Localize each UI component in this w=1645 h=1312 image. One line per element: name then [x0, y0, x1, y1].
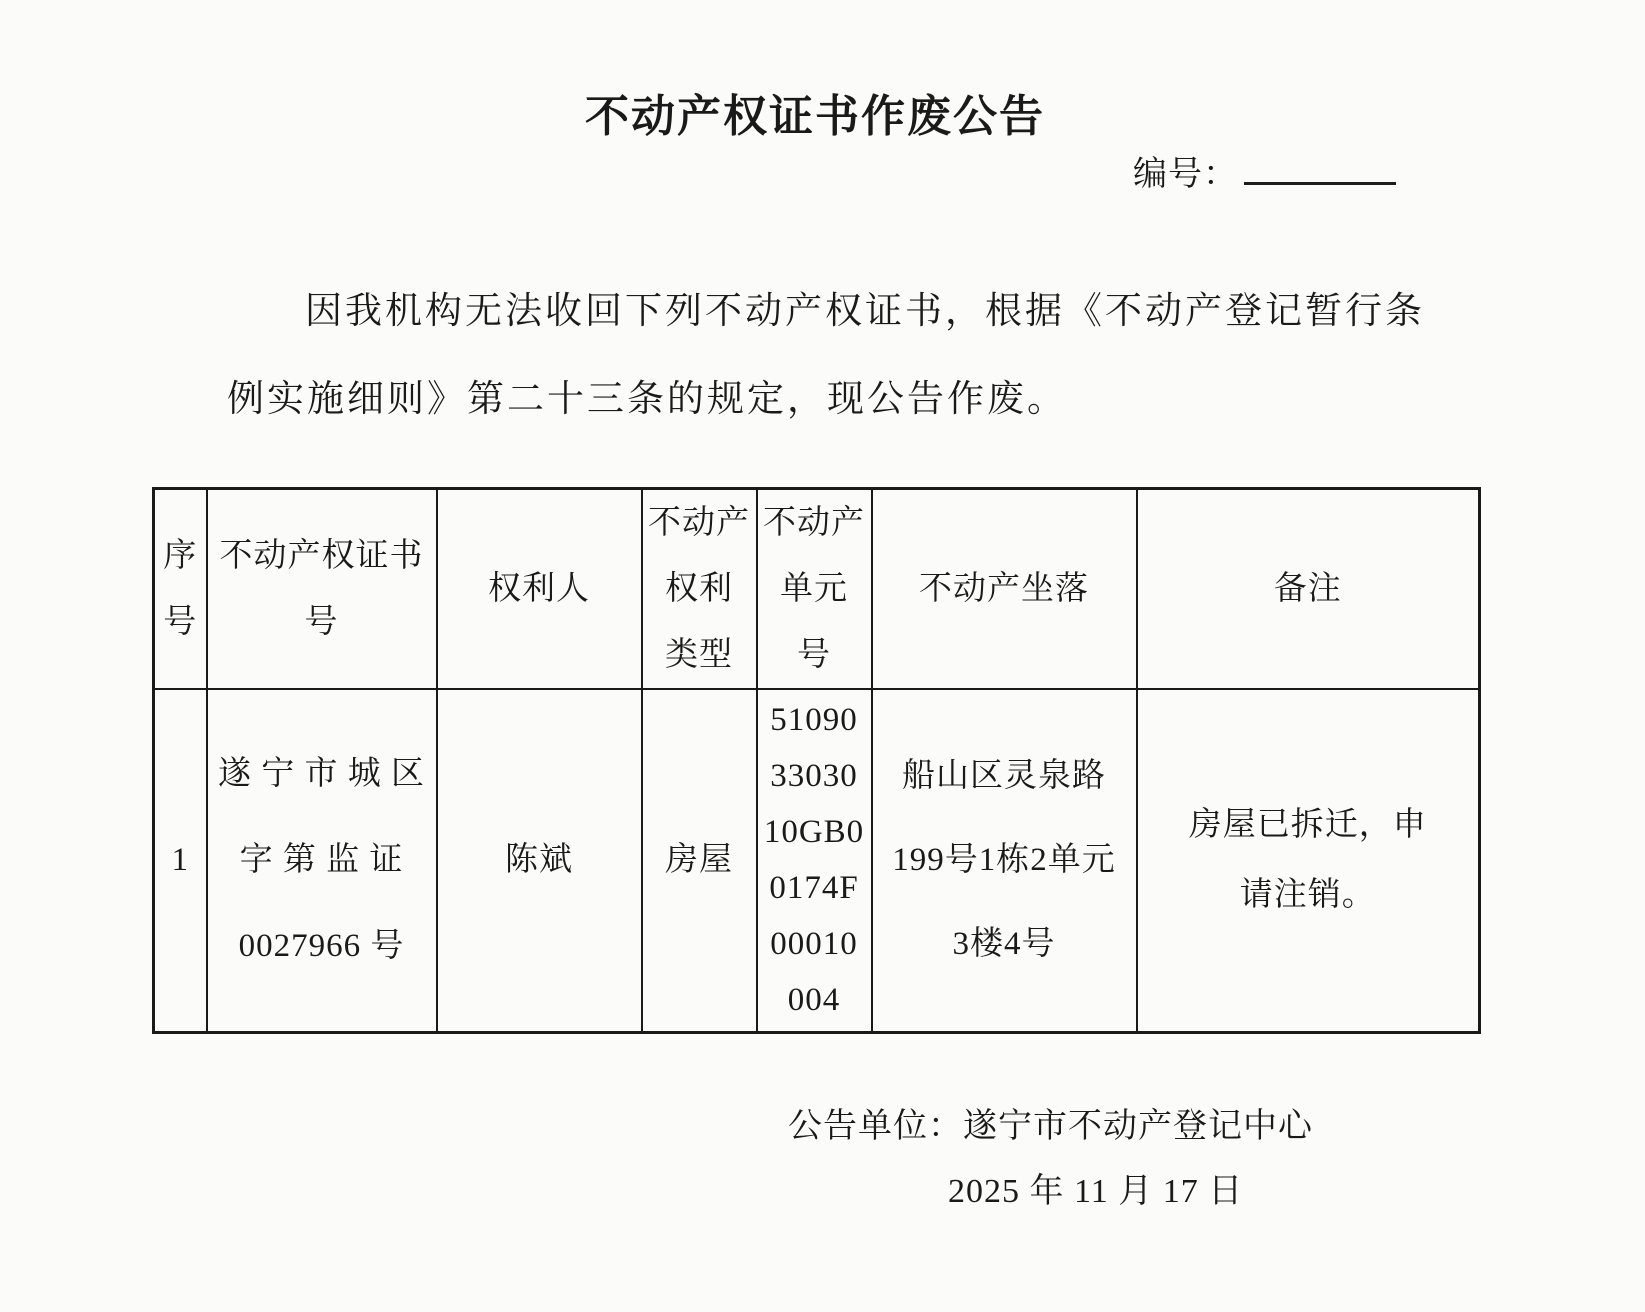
header-unit-no: 不动产 单元 号 — [757, 489, 872, 690]
serial-number-blank — [1244, 146, 1396, 185]
scanned-notice-page: 不动产权证书作废公告 编号： 因我机构无法收回下列不动产权证书，根据《不动产登记… — [0, 0, 1645, 1312]
footer-issuer-line: 公告单位：遂宁市不动产登记中心 — [788, 1098, 1313, 1147]
cell-cert-no: 遂 宁 市 城 区 字 第 监 证 0027966 号 — [207, 689, 437, 1032]
notice-title: 不动产权证书作废公告 — [152, 80, 1478, 144]
table-row: 1 遂 宁 市 城 区 字 第 监 证 0027966 号 陈斌 房屋 5109… — [154, 689, 1480, 1032]
cell-seq: 1 — [154, 689, 207, 1032]
header-location: 不动产坐落 — [872, 489, 1137, 690]
cell-remark: 房屋已拆迁，申 请注销。 — [1137, 689, 1480, 1032]
cell-unit-no: 51090 33030 10GB0 0174F 00010 004 — [757, 689, 872, 1032]
cell-location: 船山区灵泉路 199号1栋2单元 3楼4号 — [872, 689, 1137, 1032]
header-holder: 权利人 — [437, 489, 642, 690]
notice-body-paragraph: 因我机构无法收回下列不动产权证书，根据《不动产登记暂行条 例实施细则》第二十三条… — [227, 268, 1425, 444]
header-seq: 序 号 — [154, 489, 207, 690]
header-cert-no: 不动产权证书 号 — [207, 489, 437, 690]
serial-number-row: 编号： — [1133, 146, 1396, 195]
cell-right-type: 房屋 — [642, 689, 757, 1032]
header-remark: 备注 — [1137, 489, 1480, 690]
footer-date-line: 2025 年 11 月 17 日 — [948, 1163, 1243, 1212]
header-right-type: 不动产 权利 类型 — [642, 489, 757, 690]
serial-number-label: 编号： — [1133, 155, 1238, 193]
invalidated-certificates-table: 序 号 不动产权证书 号 权利人 不动产 权利 类型 不动产 单元 号 不动产坐… — [152, 487, 1481, 1034]
table-header-row: 序 号 不动产权证书 号 权利人 不动产 权利 类型 不动产 单元 号 不动产坐… — [154, 489, 1480, 690]
cell-holder: 陈斌 — [437, 689, 642, 1032]
